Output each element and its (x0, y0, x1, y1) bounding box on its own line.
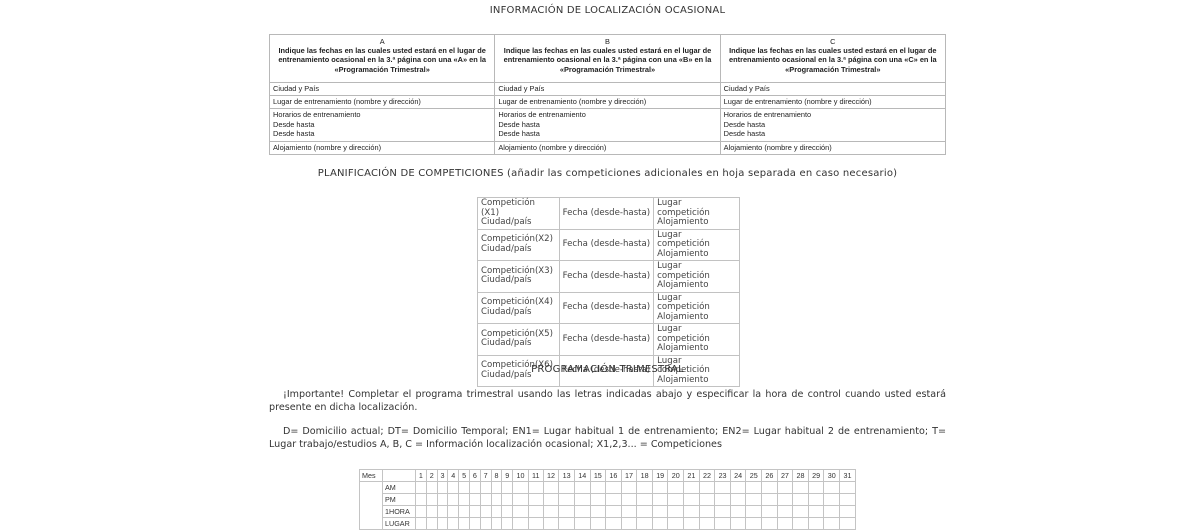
day-cell[interactable] (746, 482, 762, 494)
day-cell[interactable] (502, 506, 513, 518)
day-cell[interactable] (684, 518, 700, 530)
mes-label: Mes (360, 470, 383, 482)
day-cell[interactable] (730, 518, 746, 530)
day-header: 6 (469, 470, 480, 482)
day-cell[interactable] (762, 506, 778, 518)
day-header: 17 (621, 470, 637, 482)
alojamiento-field-b[interactable]: Alojamiento (nombre y dirección) (495, 142, 720, 155)
day-header: 16 (606, 470, 622, 482)
col-c-header: CIndique las fechas en las cuales usted … (720, 35, 945, 83)
day-header: 5 (459, 470, 470, 482)
competicion-cell[interactable]: Competición(X4)Ciudad/país (478, 292, 560, 324)
day-cell[interactable] (528, 518, 543, 530)
day-header: 21 (684, 470, 700, 482)
day-cell[interactable] (416, 482, 427, 494)
day-header: 14 (574, 470, 590, 482)
day-header: 28 (793, 470, 809, 482)
day-cell[interactable] (699, 494, 715, 506)
day-cell[interactable] (574, 506, 590, 518)
ciudad-field-a[interactable]: Ciudad y País (270, 83, 495, 96)
day-cell[interactable] (840, 518, 856, 530)
lugar-cell[interactable]: Lugar competiciónAlojamiento (654, 261, 740, 293)
day-cell[interactable] (543, 518, 559, 530)
fecha-cell[interactable]: Fecha (desde-hasta) (559, 261, 654, 293)
day-cell[interactable] (437, 482, 448, 494)
day-cell[interactable] (730, 494, 746, 506)
day-cell[interactable] (637, 482, 653, 494)
lugar-cell[interactable]: Lugar competiciónAlojamiento (654, 292, 740, 324)
day-cell[interactable] (559, 482, 575, 494)
grid-row: PM (360, 494, 856, 506)
day-header: 15 (590, 470, 606, 482)
day-cell[interactable] (437, 494, 448, 506)
day-cell[interactable] (590, 518, 606, 530)
day-cell[interactable] (668, 518, 684, 530)
col-b-header: BIndique las fechas en las cuales usted … (495, 35, 720, 83)
day-cell[interactable] (840, 494, 856, 506)
day-cell[interactable] (762, 518, 778, 530)
day-cell[interactable] (762, 494, 778, 506)
day-cell[interactable] (808, 518, 824, 530)
day-cell[interactable] (543, 482, 559, 494)
day-cell[interactable] (684, 494, 700, 506)
lugar-field-b[interactable]: Lugar de entrenamiento (nombre y direcci… (495, 96, 720, 109)
ciudad-field-b[interactable]: Ciudad y País (495, 83, 720, 96)
row-label: AM (383, 482, 416, 494)
day-cell[interactable] (448, 506, 459, 518)
day-cell[interactable] (730, 506, 746, 518)
day-cell[interactable] (513, 506, 529, 518)
day-cell[interactable] (469, 494, 480, 506)
day-header: 22 (699, 470, 715, 482)
day-cell[interactable] (652, 494, 668, 506)
day-cell[interactable] (824, 494, 840, 506)
day-cell[interactable] (715, 494, 731, 506)
day-cell[interactable] (746, 506, 762, 518)
grid-row: LUGAR (360, 518, 856, 530)
day-cell[interactable] (637, 518, 653, 530)
day-cell[interactable] (459, 518, 470, 530)
day-cell[interactable] (513, 482, 529, 494)
day-cell[interactable] (416, 518, 427, 530)
day-cell[interactable] (480, 518, 491, 530)
day-cell[interactable] (459, 482, 470, 494)
competicion-row: Competición(X2)Ciudad/paísFecha (desde-h… (478, 229, 740, 261)
day-cell[interactable] (652, 518, 668, 530)
day-header: 9 (502, 470, 513, 482)
day-cell[interactable] (574, 518, 590, 530)
competicion-cell[interactable]: Competición(X2)Ciudad/país (478, 229, 560, 261)
competicion-cell[interactable]: Competición (X1)Ciudad/país (478, 198, 560, 230)
competicion-row: Competición (X1)Ciudad/paísFecha (desde-… (478, 198, 740, 230)
day-cell[interactable] (513, 518, 529, 530)
row-label: LUGAR (383, 518, 416, 530)
day-cell[interactable] (459, 494, 470, 506)
day-cell[interactable] (559, 518, 575, 530)
competicion-row: Competición(X5)Ciudad/paísFecha (desde-h… (478, 324, 740, 356)
fecha-cell[interactable]: Fecha (desde-hasta) (559, 229, 654, 261)
day-cell[interactable] (824, 518, 840, 530)
day-header: 1 (416, 470, 427, 482)
competicion-row: Competición(X3)Ciudad/paísFecha (desde-h… (478, 261, 740, 293)
day-cell[interactable] (491, 482, 502, 494)
ciudad-field-c[interactable]: Ciudad y País (720, 83, 945, 96)
day-cell[interactable] (606, 494, 622, 506)
day-cell[interactable] (840, 506, 856, 518)
mes-cell[interactable] (360, 482, 383, 530)
day-cell[interactable] (808, 494, 824, 506)
fecha-cell[interactable]: Fecha (desde-hasta) (559, 324, 654, 356)
importante-text: ¡Importante! Completar el programa trime… (269, 389, 946, 414)
day-header: 2 (426, 470, 437, 482)
day-header: 29 (808, 470, 824, 482)
lugar-cell[interactable]: Lugar competiciónAlojamiento (654, 198, 740, 230)
row-label: PM (383, 494, 416, 506)
day-cell[interactable] (528, 506, 543, 518)
day-cell[interactable] (437, 506, 448, 518)
day-cell[interactable] (448, 518, 459, 530)
day-cell[interactable] (574, 482, 590, 494)
day-cell[interactable] (730, 482, 746, 494)
day-cell[interactable] (824, 482, 840, 494)
day-cell[interactable] (491, 494, 502, 506)
day-cell[interactable] (746, 518, 762, 530)
day-cell[interactable] (469, 482, 480, 494)
day-cell[interactable] (668, 506, 684, 518)
day-cell[interactable] (590, 494, 606, 506)
day-cell[interactable] (559, 506, 575, 518)
day-cell[interactable] (699, 518, 715, 530)
day-cell[interactable] (668, 482, 684, 494)
lugar-cell[interactable]: Lugar competiciónAlojamiento (654, 229, 740, 261)
day-header: 27 (777, 470, 793, 482)
horarios-field-b[interactable]: Horarios de entrenamientoDesde hastaDesd… (495, 109, 720, 142)
day-header: 25 (746, 470, 762, 482)
day-cell[interactable] (793, 482, 809, 494)
day-cell[interactable] (574, 494, 590, 506)
day-cell[interactable] (606, 518, 622, 530)
fecha-cell[interactable]: Fecha (desde-hasta) (559, 292, 654, 324)
day-cell[interactable] (793, 506, 809, 518)
day-cell[interactable] (777, 506, 793, 518)
horarios-field-a[interactable]: Horarios de entrenamientoDesde hastaDesd… (270, 109, 495, 142)
day-cell[interactable] (528, 494, 543, 506)
day-cell[interactable] (448, 494, 459, 506)
day-cell[interactable] (699, 506, 715, 518)
lugar-cell[interactable]: Lugar competiciónAlojamiento (654, 324, 740, 356)
day-header: 31 (840, 470, 856, 482)
competiciones-table: Competición (X1)Ciudad/paísFecha (desde-… (477, 197, 740, 387)
fecha-cell[interactable]: Fecha (desde-hasta) (559, 198, 654, 230)
day-header: 19 (652, 470, 668, 482)
day-cell[interactable] (437, 518, 448, 530)
alojamiento-field-c[interactable]: Alojamiento (nombre y dirección) (720, 142, 945, 155)
day-cell[interactable] (684, 506, 700, 518)
day-cell[interactable] (426, 518, 437, 530)
day-header: 3 (437, 470, 448, 482)
day-cell[interactable] (621, 494, 637, 506)
day-cell[interactable] (491, 518, 502, 530)
day-cell[interactable] (668, 494, 684, 506)
day-cell[interactable] (777, 482, 793, 494)
day-cell[interactable] (621, 506, 637, 518)
day-cell[interactable] (426, 482, 437, 494)
day-cell[interactable] (590, 482, 606, 494)
day-cell[interactable] (480, 494, 491, 506)
day-cell[interactable] (590, 506, 606, 518)
ocasional-title: INFORMACIÓN DE LOCALIZACIÓN OCASIONAL (0, 5, 1200, 16)
grid-row: 1HORA (360, 506, 856, 518)
day-cell[interactable] (824, 506, 840, 518)
grid-header-row: Mes1234567891011121314151617181920212223… (360, 470, 856, 482)
day-header: 18 (637, 470, 653, 482)
day-cell[interactable] (491, 506, 502, 518)
grid-row: AM (360, 482, 856, 494)
day-cell[interactable] (746, 494, 762, 506)
day-cell[interactable] (637, 506, 653, 518)
day-cell[interactable] (808, 482, 824, 494)
day-cell[interactable] (513, 494, 529, 506)
day-cell[interactable] (448, 482, 459, 494)
day-cell[interactable] (777, 494, 793, 506)
day-cell[interactable] (762, 482, 778, 494)
day-header: 11 (528, 470, 543, 482)
day-cell[interactable] (715, 482, 731, 494)
day-cell[interactable] (715, 506, 731, 518)
day-cell[interactable] (777, 518, 793, 530)
row-label: 1HORA (383, 506, 416, 518)
col-a-header: AIndique las fechas en las cuales usted … (270, 35, 495, 83)
day-cell[interactable] (502, 482, 513, 494)
day-header: 4 (448, 470, 459, 482)
alojamiento-field-a[interactable]: Alojamiento (nombre y dirección) (270, 142, 495, 155)
day-header: 26 (762, 470, 778, 482)
day-cell[interactable] (621, 518, 637, 530)
competicion-row: Competición(X4)Ciudad/paísFecha (desde-h… (478, 292, 740, 324)
day-cell[interactable] (543, 494, 559, 506)
day-cell[interactable] (502, 494, 513, 506)
day-cell[interactable] (502, 518, 513, 530)
day-header: 20 (668, 470, 684, 482)
day-cell[interactable] (426, 494, 437, 506)
competicion-cell[interactable]: Competición(X5)Ciudad/país (478, 324, 560, 356)
horarios-field-c[interactable]: Horarios de entrenamientoDesde hastaDesd… (720, 109, 945, 142)
day-cell[interactable] (793, 494, 809, 506)
day-cell[interactable] (840, 482, 856, 494)
lugar-field-c[interactable]: Lugar de entrenamiento (nombre y direcci… (720, 96, 945, 109)
day-header: 7 (480, 470, 491, 482)
month-grid: Mes1234567891011121314151617181920212223… (359, 469, 856, 530)
day-cell[interactable] (606, 506, 622, 518)
day-cell[interactable] (793, 518, 809, 530)
day-cell[interactable] (652, 506, 668, 518)
day-cell[interactable] (416, 494, 427, 506)
day-cell[interactable] (699, 482, 715, 494)
day-cell[interactable] (652, 482, 668, 494)
leyenda-text: D= Domicilio actual; DT= Domicilio Tempo… (269, 426, 946, 451)
day-cell[interactable] (543, 506, 559, 518)
ocasional-table: AIndique las fechas en las cuales usted … (269, 34, 946, 155)
day-header: 8 (491, 470, 502, 482)
competicion-cell[interactable]: Competición(X3)Ciudad/país (478, 261, 560, 293)
day-header: 10 (513, 470, 529, 482)
day-cell[interactable] (469, 518, 480, 530)
day-cell[interactable] (808, 506, 824, 518)
trimestral-title: PROGRAMACIÓN TRIMESTRAL (0, 364, 1200, 375)
day-cell[interactable] (637, 494, 653, 506)
day-cell[interactable] (684, 482, 700, 494)
day-cell[interactable] (621, 482, 637, 494)
day-cell[interactable] (528, 482, 543, 494)
competiciones-title: PLANIFICACIÓN DE COMPETICIONES (añadir l… (0, 168, 1200, 179)
day-header: 13 (559, 470, 575, 482)
day-cell[interactable] (426, 506, 437, 518)
day-cell[interactable] (559, 494, 575, 506)
day-cell[interactable] (416, 506, 427, 518)
day-cell[interactable] (480, 482, 491, 494)
day-header: 12 (543, 470, 559, 482)
day-cell[interactable] (715, 518, 731, 530)
day-header: 24 (730, 470, 746, 482)
day-header: 30 (824, 470, 840, 482)
day-cell[interactable] (606, 482, 622, 494)
day-cell[interactable] (480, 506, 491, 518)
day-cell[interactable] (469, 506, 480, 518)
lugar-field-a[interactable]: Lugar de entrenamiento (nombre y direcci… (270, 96, 495, 109)
day-cell[interactable] (459, 506, 470, 518)
day-header: 23 (715, 470, 731, 482)
